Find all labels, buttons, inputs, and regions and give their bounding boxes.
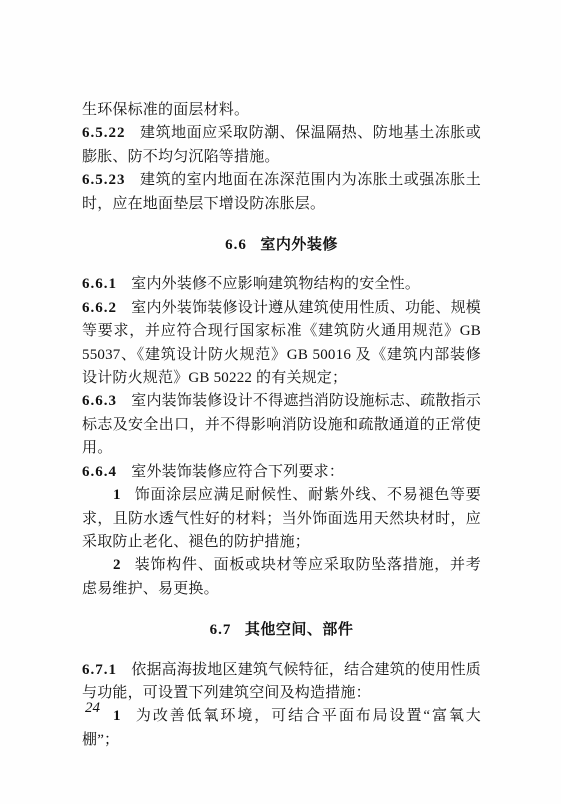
- clause-text: 室内装饰装修设计不得遮挡消防设施标志、疏散指示标志及安全出口，并不得影响消防设施…: [82, 393, 481, 456]
- clause-text: 建筑的室内地面在冻深范围内为冻胀土或强冻胀土时，应在地面垫层下增设防冻胀层。: [82, 172, 481, 211]
- clause-paragraph: 6.5.23建筑的室内地面在冻深范围内为冻胀土或强冻胀土时，应在地面垫层下增设防…: [82, 169, 481, 216]
- section-heading: 6.7其他空间、部件: [82, 618, 481, 642]
- list-item: 1饰面涂层应满足耐候性、耐紫外线、不易褪色等要求，且防水透气性好的材料；当外饰面…: [82, 484, 481, 554]
- clause-number: 6.7.1: [82, 662, 117, 678]
- body-paragraph: 生环保标准的面层材料。: [82, 99, 481, 122]
- section-heading: 6.6室内外装修: [82, 233, 481, 257]
- clause-text: 建筑地面应采取防潮、保温隔热、防地基土冻胀或膨胀、防不均匀沉陷等措施。: [82, 125, 481, 164]
- clause-paragraph: 6.6.3室内装饰装修设计不得遮挡消防设施标志、疏散指示标志及安全出口，并不得影…: [82, 390, 481, 460]
- clause-paragraph: 6.7.1依据高海拔地区建筑气候特征，结合建筑的使用性质与功能，可设置下列建筑空…: [82, 659, 481, 706]
- clause-paragraph: 6.5.22建筑地面应采取防潮、保温隔热、防地基土冻胀或膨胀、防不均匀沉陷等措施…: [82, 122, 481, 169]
- page-number: 24: [85, 700, 100, 717]
- clause-text: 依据高海拔地区建筑气候特征，结合建筑的使用性质与功能，可设置下列建筑空间及构造措…: [82, 662, 481, 701]
- clause-text: 室外装饰装修应符合下列要求：: [131, 464, 344, 480]
- clause-paragraph: 6.6.2室内外装饰装修设计遵从建筑使用性质、功能、规模等要求，并应符合现行国家…: [82, 297, 481, 391]
- clause-text: 室内外装修不应影响建筑物结构的安全性。: [131, 276, 420, 292]
- clause-number: 6.6.4: [82, 464, 117, 480]
- clause-number: 6.6.1: [82, 276, 117, 292]
- clause-text: 饰面涂层应满足耐候性、耐紫外线、不易褪色等要求，且防水透气性好的材料；当外饰面选…: [82, 487, 481, 550]
- section-number: 6.6: [225, 237, 247, 253]
- clause-number: 6.5.23: [82, 172, 126, 188]
- document-body: 生环保标准的面层材料。6.5.22建筑地面应采取防潮、保温隔热、防地基土冻胀或膨…: [82, 99, 481, 752]
- clause-text: 室内外装饰装修设计遵从建筑使用性质、功能、规模等要求，并应符合现行国家标准《建筑…: [82, 300, 481, 386]
- clause-number: 6.6.2: [82, 300, 117, 316]
- clause-number: 6.5.22: [82, 125, 126, 141]
- clause-text: 生环保标准的面层材料。: [82, 102, 249, 118]
- clause-number: 6.6.3: [82, 393, 117, 409]
- list-item: 1为改善低氧环境，可结合平面布局设置“富氧大棚”；: [82, 705, 481, 752]
- section-number: 6.7: [210, 622, 232, 638]
- clause-text: 装饰构件、面板或块材等应采取防坠落措施，并考虑易维护、易更换。: [82, 557, 481, 596]
- document-page: 生环保标准的面层材料。6.5.22建筑地面应采取防潮、保温隔热、防地基土冻胀或膨…: [0, 0, 561, 804]
- section-title: 其他空间、部件: [245, 621, 354, 638]
- clause-number: 1: [113, 708, 121, 724]
- section-title: 室内外装修: [260, 236, 338, 253]
- clause-paragraph: 6.6.4室外装饰装修应符合下列要求：: [82, 461, 481, 484]
- clause-paragraph: 6.6.1室内外装修不应影响建筑物结构的安全性。: [82, 273, 481, 296]
- list-item: 2装饰构件、面板或块材等应采取防坠落措施，并考虑易维护、易更换。: [82, 554, 481, 601]
- clause-number: 1: [113, 487, 121, 503]
- clause-text: 为改善低氧环境，可结合平面布局设置“富氧大棚”；: [82, 708, 481, 747]
- clause-number: 2: [113, 557, 121, 573]
